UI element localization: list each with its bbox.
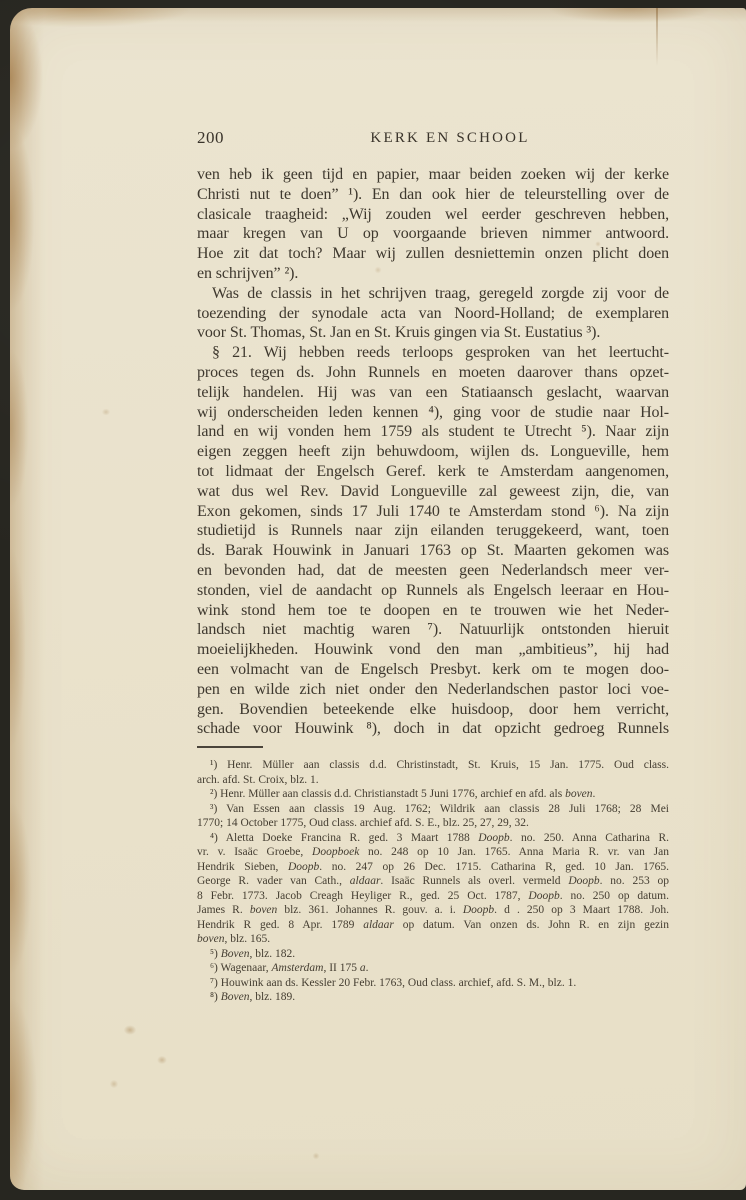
page-number: 200 [197,128,224,148]
body-text-line: wat dus wel Rev. David Longueville zal g… [197,482,669,502]
body-text-line: Exon gekomen, sinds 17 Juli 1740 te Amst… [197,502,669,522]
footnotes: ¹) Henr. Müller aan classis d.d. Christi… [197,758,669,1005]
body-text-line: wij onderscheiden leden kennen ⁴), ging … [197,403,669,423]
body-text-line: ds. Barak Houwink in Januari 1763 op St.… [197,541,669,561]
body-text-line: een volmacht van de Engelsch Presbyt. ke… [197,660,669,680]
body-text-line: schade voor Houwink ⁸), doch in dat opzi… [197,719,669,739]
footnote-line: boven, blz. 165. [197,932,669,947]
footnote-line: 8 Febr. 1773. Jacob Creagh Heyliger R., … [197,889,669,904]
body-text-line: proces tegen ds. John Runnels en moeten … [197,363,669,383]
body-text-line: wink stond hem toe te doopen en te trouw… [197,601,669,621]
scan-background: 200 KERK EN SCHOOL ven heb ik geen tijd … [0,0,746,1200]
footnote-line: ³) Van Essen aan classis 19 Aug. 1762; W… [197,802,669,817]
footnote-line: vr. v. Isaäc Groebe, Doopboek no. 248 op… [197,845,669,860]
footnote-line: Hendrik R ged. 8 Apr. 1789 aldaar op dat… [197,918,669,933]
footnote-line: ⁸) Boven, blz. 189. [197,990,669,1005]
footnote-line: George R. vader van Cath., aldaar. Isaäc… [197,874,669,889]
body-text-line: Christi nut te doen” ¹). En dan ook hier… [197,185,669,205]
body-text-line: landsch niet machtig waren ⁷). Natuurlij… [197,620,669,640]
footnote-line: arch. afd. St. Croix, blz. 1. [197,773,669,788]
body-text-line: clasicale traagheid: „Wij zouden wel eer… [197,205,669,225]
book-page: 200 KERK EN SCHOOL ven heb ik geen tijd … [10,8,746,1190]
footnote-line: ¹) Henr. Müller aan classis d.d. Christi… [197,758,669,773]
footnote-line: ⁶) Wagenaar, Amsterdam, II 175 a. [197,961,669,976]
body-text-line: en bevonden had, dat de meesten geen Ned… [197,561,669,581]
page-content: 200 KERK EN SCHOOL ven heb ik geen tijd … [197,128,669,1005]
footnote-line: 1770; 14 October 1775, Oud class. archie… [197,816,669,831]
body-text-line: stonden, viel de aandacht op Runnels als… [197,581,669,601]
body-text-line: moeielijkheden. Houwink vond den man „am… [197,640,669,660]
body-text-line: en schrijven” ²). [197,264,669,284]
body-text-line: tot lidmaat der Engelsch Geref. kerk te … [197,462,669,482]
footnote-line: James R. boven blz. 361. Johannes R. gou… [197,903,669,918]
body-text-line: eigen zeggen heeft zijn behuwdoom, wijle… [197,442,669,462]
body-text-line: gen. Bovendien beteekende elke huisdoop,… [197,700,669,720]
body-text-line: maar kregen van U op voorgaande brieven … [197,224,669,244]
footnote-separator [197,746,263,748]
body-text-line: Hoe zit dat toch? Maar wij zullen desnie… [197,244,669,264]
body-text-line: land en wij vonden hem 1759 als student … [197,422,669,442]
footnote-line: Hendrik Sieben, Doopb. no. 247 op 26 Dec… [197,860,669,875]
body-text-line: § 21. Wij hebben reeds terloops gesproke… [197,343,669,363]
body-text-line: Was de classis in het schrijven traag, g… [197,284,669,304]
body-text-line: telijk handelen. Hij was van een Statiaa… [197,383,669,403]
page-header: 200 KERK EN SCHOOL [197,128,669,150]
footnote-line: ²) Henr. Müller aan classis d.d. Christi… [197,787,669,802]
body-text-line: studietijd is Runnels naar zijn eilanden… [197,521,669,541]
body-text-line: toezending der synodale acta van Noord-H… [197,304,669,324]
body-text-line: voor St. Thomas, St. Jan en St. Kruis gi… [197,323,669,343]
body-text: ven heb ik geen tijd en papier, maar bei… [197,165,669,739]
footnote-line: ⁴) Aletta Doeke Francina R. ged. 3 Maart… [197,831,669,846]
running-title: KERK EN SCHOOL [197,128,669,147]
body-text-line: ven heb ik geen tijd en papier, maar bei… [197,165,669,185]
footnote-line: ⁷) Houwink aan ds. Kessler 20 Febr. 1763… [197,976,669,991]
footnote-line: ⁵) Boven, blz. 182. [197,947,669,962]
body-text-line: pen en wilde zich niet onder den Nederla… [197,680,669,700]
